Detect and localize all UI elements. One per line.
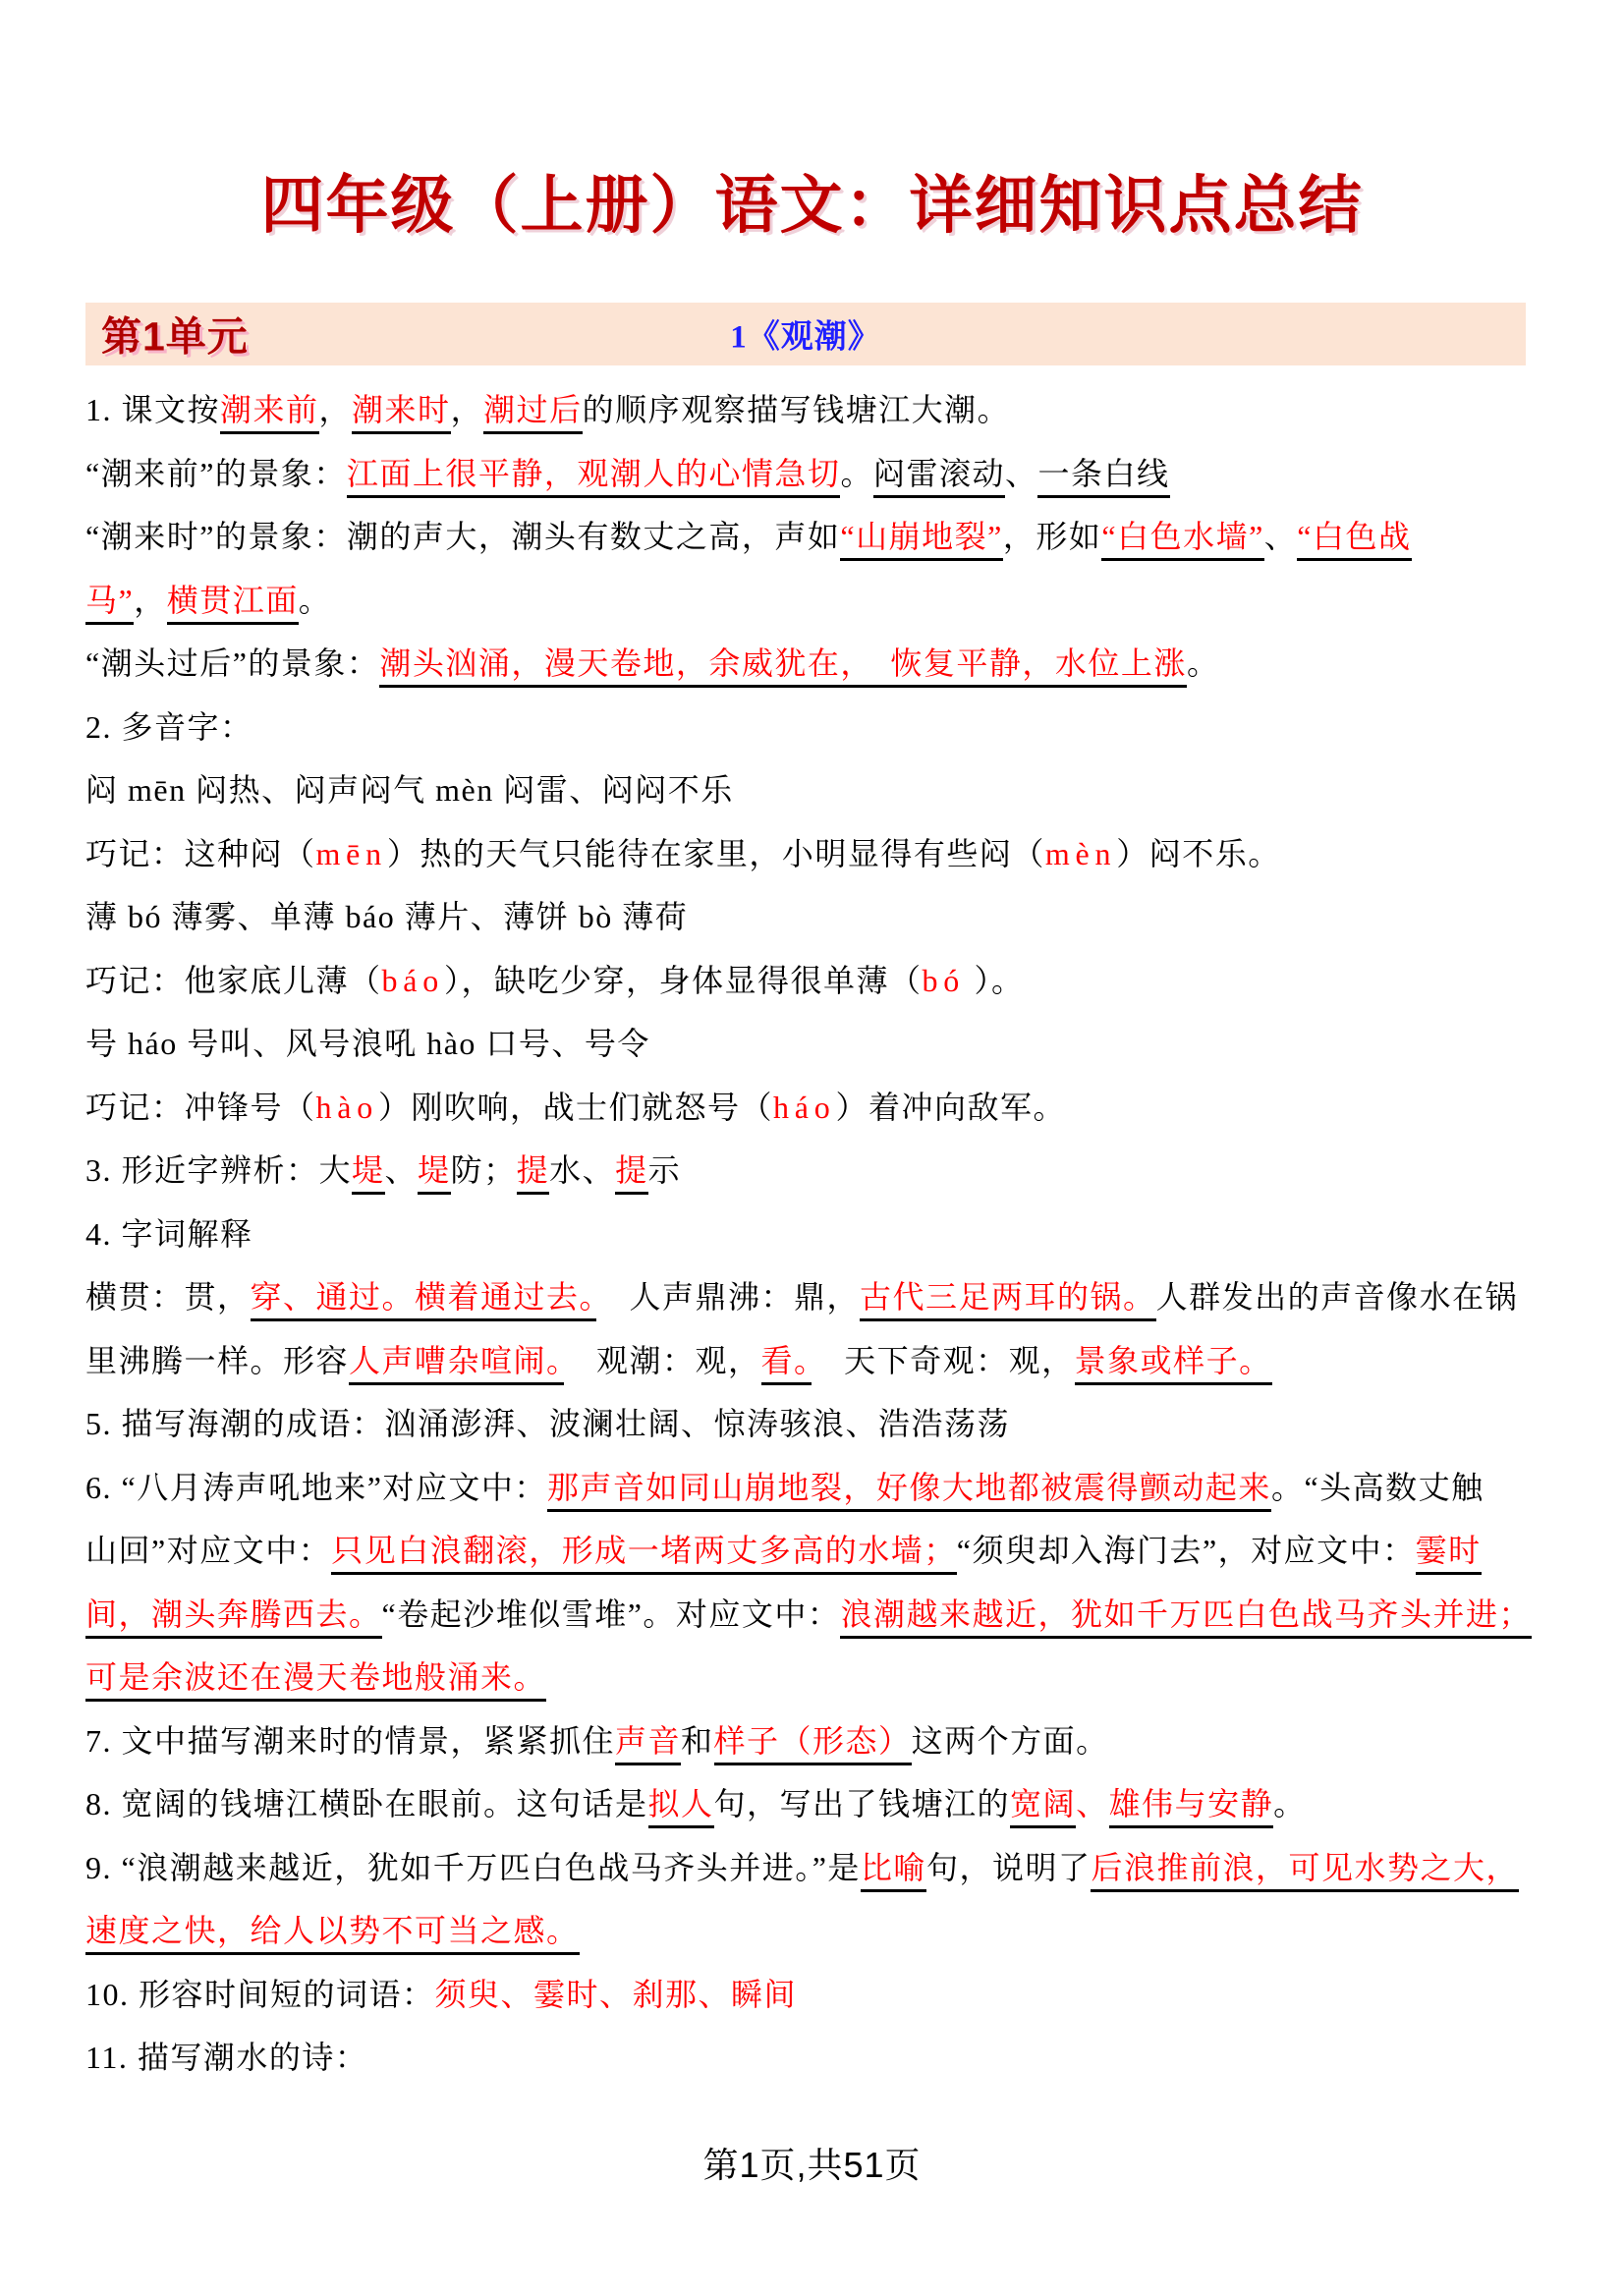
text-segment: háo bbox=[773, 1090, 835, 1125]
text-segment: 巧记：冲锋号（ bbox=[85, 1090, 316, 1125]
text-line: 山回”对应文中：只见白浪翻滚，形成一堵两丈多高的水墙；“须臾却入海门去”，对应文… bbox=[85, 1519, 1565, 1583]
text-segment: 。 bbox=[299, 583, 332, 618]
text-segment: 速度之快，给人以势不可当之感。 bbox=[85, 1913, 580, 1955]
text-segment: “山崩地裂” bbox=[840, 519, 1002, 561]
text-segment: 声音 bbox=[615, 1723, 681, 1765]
text-segment: 10. 形容时间短的词语： bbox=[85, 1977, 435, 2012]
lesson-title: 1《观潮》 bbox=[730, 311, 881, 358]
text-line: 速度之快，给人以势不可当之感。 bbox=[85, 1899, 1565, 1963]
text-segment: 巧记：他家底儿薄（ bbox=[85, 963, 382, 998]
text-segment: 古代三足两耳的锅。 bbox=[860, 1279, 1156, 1321]
text-segment: 示 bbox=[648, 1152, 682, 1188]
text-segment: 霎时 bbox=[1416, 1533, 1482, 1575]
text-segment: ）闷不乐。 bbox=[1116, 836, 1281, 871]
text-segment: 看。 bbox=[761, 1343, 812, 1385]
document-page: 四年级（上册）语文：详细知识点总结 第1单元 1《观潮》 1. 课文按潮来前，潮… bbox=[0, 0, 1624, 2296]
text-segment: ， bbox=[134, 583, 167, 618]
text-line: 里沸腾一样。形容人声嘈杂喧闹。 观潮：观，看。 天下奇观：观，景象或样子。 bbox=[85, 1329, 1565, 1393]
text-segment: 9. “浪潮越来越近，犹如千万匹白色战马齐头并进。”是 bbox=[85, 1850, 861, 1885]
text-segment: 那声音如同山崩地裂，好像大地都被震得颤动起来 bbox=[547, 1470, 1271, 1512]
text-segment: 3. 形近字辨析：大 bbox=[85, 1152, 352, 1188]
text-segment: mèn bbox=[1045, 836, 1116, 871]
text-segment: “卷起沙堆似雪堆”。对应文中： bbox=[382, 1596, 841, 1632]
text-segment: 江面上很平静，观潮人的心情急切 bbox=[347, 456, 841, 498]
text-segment: 提 bbox=[615, 1152, 648, 1195]
text-segment: 闷 mēn 闷热、闷声闷气 mèn 闷雷、闷闷不乐 bbox=[85, 772, 734, 808]
text-line: 4. 字词解释 bbox=[85, 1203, 1565, 1266]
text-line: 9. “浪潮越来越近，犹如千万匹白色战马齐头并进。”是比喻句，说明了后浪推前浪，… bbox=[85, 1836, 1565, 1900]
text-segment: 、 bbox=[385, 1152, 419, 1188]
text-line: 10. 形容时间短的词语：须臾、霎时、刹那、瞬间 bbox=[85, 1963, 1565, 2027]
text-segment: 提 bbox=[517, 1152, 550, 1195]
text-segment: 比喻 bbox=[861, 1850, 926, 1892]
text-segment: 天下奇观：观， bbox=[812, 1343, 1075, 1378]
text-line: 薄 bó 薄雾、单薄 báo 薄片、薄饼 bò 薄荷 bbox=[85, 885, 1565, 949]
text-segment: ）热的天气只能待在家里，小明显得有些闷（ bbox=[387, 836, 1045, 871]
text-segment: ），缺吃少穿，身体显得很单薄（ bbox=[444, 963, 923, 998]
text-segment: 人声嘈杂喧闹。 bbox=[349, 1343, 564, 1385]
text-line: 间，潮头奔腾西去。“卷起沙堆似雪堆”。对应文中：浪潮越来越近，犹如千万匹白色战马… bbox=[85, 1583, 1565, 1647]
text-segment: 4. 字词解释 bbox=[85, 1216, 253, 1252]
text-segment: “白色战 bbox=[1297, 519, 1411, 561]
text-segment: 、 bbox=[1076, 1786, 1109, 1821]
text-segment: 穿、通过。横着通过去。 bbox=[251, 1279, 597, 1321]
text-segment: 11. 描写潮水的诗： bbox=[85, 2040, 367, 2075]
text-segment: 横贯：贯， bbox=[85, 1279, 251, 1315]
text-segment: 堤 bbox=[352, 1152, 385, 1195]
text-line: 7. 文中描写潮来时的情景，紧紧抓住声音和样子（形态）这两个方面。 bbox=[85, 1709, 1565, 1773]
text-segment: 只见白浪翻滚，形成一堵两丈多高的水墙； bbox=[331, 1533, 957, 1575]
text-segment: 堤 bbox=[418, 1152, 451, 1195]
text-line: 2. 多音字： bbox=[85, 696, 1565, 759]
text-segment: 7. 文中描写潮来时的情景，紧紧抓住 bbox=[85, 1723, 615, 1759]
text-segment: ， bbox=[451, 392, 484, 427]
text-line: 11. 描写潮水的诗： bbox=[85, 2026, 1565, 2090]
text-segment: ）。 bbox=[965, 963, 1025, 998]
text-segment: “白色水墙” bbox=[1101, 519, 1263, 561]
text-segment: 8. 宽阔的钱塘江横卧在眼前。这句话是 bbox=[85, 1786, 648, 1821]
page-number: 第1页,共51页 bbox=[0, 2138, 1624, 2188]
text-segment: 。“头高数丈触 bbox=[1271, 1470, 1484, 1505]
text-segment: hào bbox=[316, 1090, 378, 1125]
text-segment: 人声鼎沸：鼎， bbox=[596, 1279, 860, 1315]
text-segment: 拟人 bbox=[648, 1786, 714, 1828]
text-line: 1. 课文按潮来前，潮来时，潮过后的顺序观察描写钱塘江大潮。 bbox=[85, 378, 1565, 442]
text-segment: bó bbox=[923, 963, 966, 998]
text-segment: 防； bbox=[451, 1152, 517, 1188]
text-segment: 5. 描写海潮的成语：汹涌澎湃、波澜壮阔、惊涛骇浪、浩浩荡荡 bbox=[85, 1406, 1010, 1441]
text-segment: 宽阔 bbox=[1010, 1786, 1076, 1828]
page-title: 四年级（上册）语文：详细知识点总结 bbox=[0, 155, 1624, 246]
text-segment: 、 bbox=[1005, 456, 1038, 491]
text-segment: “潮来时”的景象：潮的声大，潮头有数丈之高，声如 bbox=[85, 519, 840, 554]
text-segment: 。 bbox=[1187, 645, 1220, 681]
text-segment: 这两个方面。 bbox=[912, 1723, 1109, 1759]
text-segment: 6. “八月涛声吼地来”对应文中： bbox=[85, 1470, 547, 1505]
text-segment: “潮来前”的景象： bbox=[85, 456, 347, 491]
text-segment: 潮来前 bbox=[220, 392, 319, 434]
text-segment: mēn bbox=[316, 836, 387, 871]
text-line: 可是余波还在漫天卷地般涌来。 bbox=[85, 1646, 1565, 1709]
text-line: 6. “八月涛声吼地来”对应文中：那声音如同山崩地裂，好像大地都被震得颤动起来。… bbox=[85, 1456, 1565, 1520]
text-segment: ，形如 bbox=[1003, 519, 1102, 554]
text-line: 号 háo 号叫、风号浪吼 hào 口号、号令 bbox=[85, 1012, 1565, 1076]
unit-header-bar: 第1单元 1《观潮》 bbox=[85, 303, 1526, 365]
text-segment: 景象或样子。 bbox=[1075, 1343, 1272, 1385]
text-line: 巧记：他家底儿薄（báo），缺吃少穿，身体显得很单薄（bó ）。 bbox=[85, 949, 1565, 1013]
text-line: “潮来时”的景象：潮的声大，潮头有数丈之高，声如“山崩地裂”，形如“白色水墙”、… bbox=[85, 505, 1565, 569]
text-line: 巧记：这种闷（mēn）热的天气只能待在家里，小明显得有些闷（mèn）闷不乐。 bbox=[85, 822, 1565, 886]
text-segment: 雄伟与安静 bbox=[1109, 1786, 1274, 1828]
text-segment: 薄 bó 薄雾、单薄 báo 薄片、薄饼 bò 薄荷 bbox=[85, 899, 688, 934]
text-segment: 闷雷滚动 bbox=[873, 456, 1005, 498]
text-segment: 句，说明了 bbox=[926, 1850, 1092, 1885]
text-segment: 里沸腾一样。形容 bbox=[85, 1343, 349, 1378]
text-segment: 观潮：观， bbox=[564, 1343, 761, 1378]
text-segment: 2. 多音字： bbox=[85, 709, 253, 745]
text-line: 横贯：贯，穿、通过。横着通过去。 人声鼎沸：鼎，古代三足两耳的锅。人群发出的声音… bbox=[85, 1265, 1565, 1329]
text-segment: 句，写出了钱塘江的 bbox=[714, 1786, 1011, 1821]
text-segment: ）着冲向敌军。 bbox=[836, 1090, 1067, 1125]
text-segment: 潮来时 bbox=[352, 392, 451, 434]
document-body: 1. 课文按潮来前，潮来时，潮过后的顺序观察描写钱塘江大潮。“潮来前”的景象：江… bbox=[85, 378, 1565, 2090]
text-line: 闷 mēn 闷热、闷声闷气 mèn 闷雷、闷闷不乐 bbox=[85, 758, 1565, 822]
text-segment: 山回”对应文中： bbox=[85, 1533, 331, 1568]
text-segment: 人群发出的声音像水在锅 bbox=[1156, 1279, 1519, 1315]
text-segment: 巧记：这种闷（ bbox=[85, 836, 316, 871]
text-segment: 的顺序观察描写钱塘江大潮。 bbox=[583, 392, 1011, 427]
text-line: 马”，横贯江面。 bbox=[85, 569, 1565, 633]
text-line: “潮头过后”的景象：潮头汹涌，漫天卷地，余威犹在， 恢复平静，水位上涨。 bbox=[85, 632, 1565, 696]
text-segment: 潮过后 bbox=[483, 392, 583, 434]
text-segment: 可是余波还在漫天卷地般涌来。 bbox=[85, 1659, 546, 1702]
text-line: 3. 形近字辨析：大堤、堤防；提水、提示 bbox=[85, 1139, 1565, 1203]
text-line: 5. 描写海潮的成语：汹涌澎湃、波澜壮阔、惊涛骇浪、浩浩荡荡 bbox=[85, 1392, 1565, 1456]
text-segment: 间，潮头奔腾西去。 bbox=[85, 1596, 382, 1639]
text-segment: 1. 课文按 bbox=[85, 392, 220, 427]
text-segment: 一条白线 bbox=[1037, 456, 1169, 498]
text-line: “潮来前”的景象：江面上很平静，观潮人的心情急切。闷雷滚动、一条白线 bbox=[85, 442, 1565, 506]
text-segment: 样子（形态） bbox=[714, 1723, 912, 1765]
text-segment: ， bbox=[319, 392, 353, 427]
text-segment: 横贯江面 bbox=[167, 583, 299, 625]
text-segment: 马” bbox=[85, 583, 134, 625]
text-segment: 后浪推前浪，可见水势之大， bbox=[1091, 1850, 1519, 1892]
text-line: 8. 宽阔的钱塘江横卧在眼前。这句话是拟人句，写出了钱塘江的宽阔、雄伟与安静。 bbox=[85, 1772, 1565, 1836]
text-segment: 潮头汹涌，漫天卷地，余威犹在， 恢复平静，水位上涨 bbox=[379, 645, 1187, 688]
text-segment: 水、 bbox=[549, 1152, 615, 1188]
text-segment: 、 bbox=[1264, 519, 1298, 554]
text-segment: 须臾、霎时、刹那、瞬间 bbox=[435, 1977, 798, 2012]
text-segment: “须臾却入海门去”，对应文中： bbox=[957, 1533, 1416, 1568]
text-segment: 浪潮越来越近，犹如千万匹白色战马齐头并进； bbox=[840, 1596, 1532, 1639]
text-segment: 和 bbox=[681, 1723, 714, 1759]
text-segment: 。 bbox=[1273, 1786, 1307, 1821]
text-segment: “潮头过后”的景象： bbox=[85, 645, 379, 681]
text-segment: báo bbox=[382, 963, 444, 998]
text-segment: ）刚吹响，战士们就怒号（ bbox=[378, 1090, 773, 1125]
text-segment: 号 háo 号叫、风号浪吼 hào 口号、号令 bbox=[85, 1026, 650, 1061]
text-line: 巧记：冲锋号（hào）刚吹响，战士们就怒号（háo）着冲向敌军。 bbox=[85, 1076, 1565, 1140]
unit-label: 第1单元 bbox=[101, 304, 249, 362]
text-segment: 。 bbox=[840, 456, 873, 491]
